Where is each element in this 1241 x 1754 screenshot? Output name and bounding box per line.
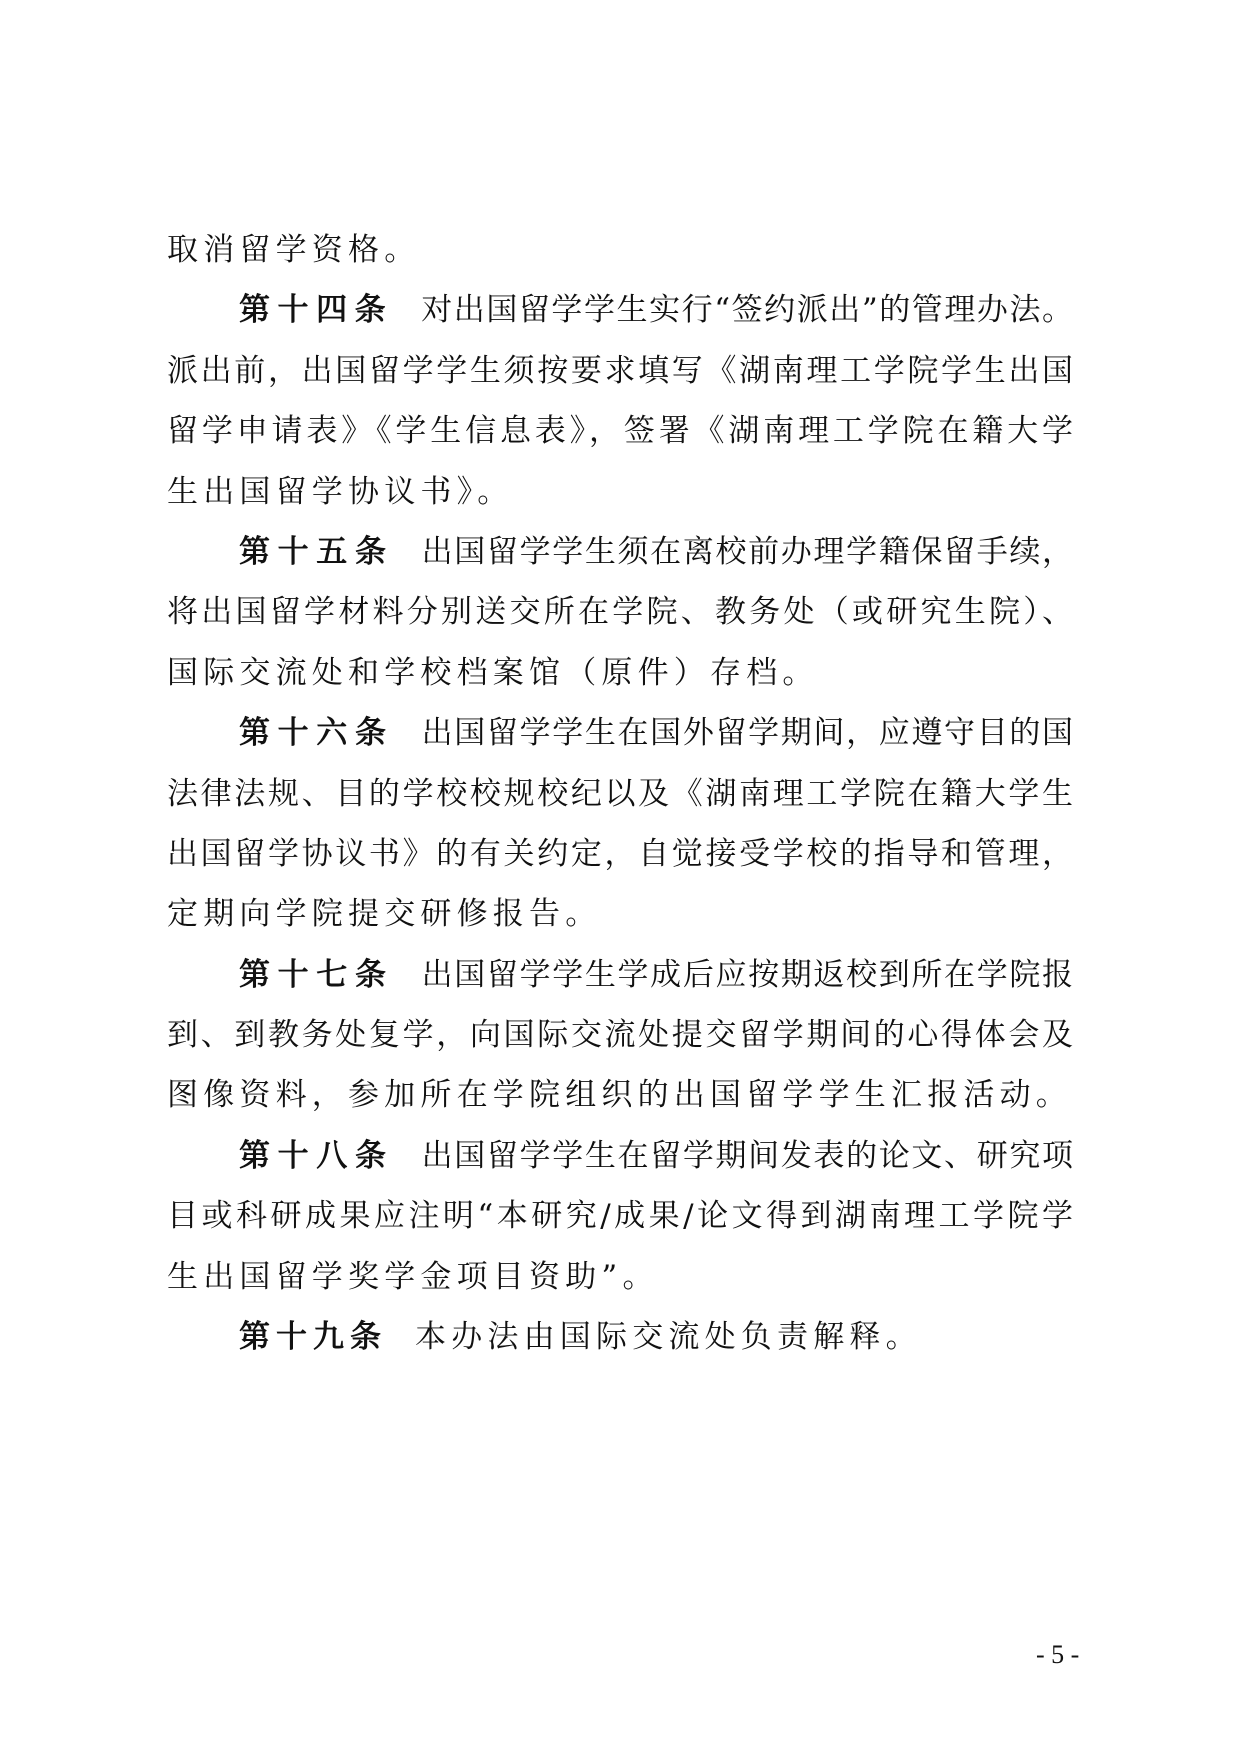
paragraph-text: 国际交流处和学校档案馆（原件）存档。 xyxy=(167,655,819,691)
article-number: 第十九条 xyxy=(239,1319,387,1355)
article-number: 第十四条 xyxy=(239,292,393,328)
paragraph-text: 派出前，出国留学学生须按要求填写《湖南理工学院学生出国 xyxy=(167,353,1073,389)
paragraph-text: 生出国留学协议书》。 xyxy=(167,474,514,510)
paragraph-text: 将出国留学材料分别送交所在学院、教务处（或研究生院）、 xyxy=(167,594,1073,630)
paragraph-text: 留学申请表》《学生信息表》，签署《湖南理工学院在籍大学 xyxy=(167,413,1073,449)
paragraph-text: 本办法由国际交流处负责解释。 xyxy=(415,1319,922,1355)
paragraph-text: 到、到教务处复学，向国际交流处提交留学期间的心得体会及 xyxy=(167,1017,1073,1053)
article-line: 第十六条出国留学学生在国外留学期间，应遵守目的国 xyxy=(167,703,1073,763)
text-line: 出国留学协议书》的有关约定，自觉接受学校的指导和管理， xyxy=(167,824,1073,884)
paragraph-text: 定期向学院提交研修报告。 xyxy=(167,896,601,932)
text-line: 取消留学资格。 xyxy=(167,220,1073,280)
text-line: 留学申请表》《学生信息表》，签署《湖南理工学院在籍大学 xyxy=(167,401,1073,461)
paragraph-text: 出国留学学生学成后应按期返校到所在学院报 xyxy=(422,957,1073,993)
text-line: 定期向学院提交研修报告。 xyxy=(167,884,1073,944)
article-line: 第十七条出国留学学生学成后应按期返校到所在学院报 xyxy=(167,945,1073,1005)
text-line: 法律法规、目的学校校规校纪以及《湖南理工学院在籍大学生 xyxy=(167,764,1073,824)
paragraph-text: 对出国留学学生实行“签约派出”的管理办法。 xyxy=(421,292,1073,328)
text-line: 目或科研成果应注明“本研究/成果/论文得到湖南理工学院学 xyxy=(167,1186,1073,1246)
paragraph-text: 目或科研成果应注明“本研究/成果/论文得到湖南理工学院学 xyxy=(167,1198,1073,1234)
article-line: 第十四条对出国留学学生实行“签约派出”的管理办法。 xyxy=(167,280,1073,340)
text-line: 生出国留学奖学金项目资助”。 xyxy=(167,1247,1073,1307)
text-line: 将出国留学材料分别送交所在学院、教务处（或研究生院）、 xyxy=(167,582,1073,642)
article-number: 第十七条 xyxy=(239,957,394,993)
document-body: 取消留学资格。第十四条对出国留学学生实行“签约派出”的管理办法。派出前，出国留学… xyxy=(167,220,1073,1367)
text-line: 派出前，出国留学学生须按要求填写《湖南理工学院学生出国 xyxy=(167,341,1073,401)
paragraph-text: 图像资料，参加所在学院组织的出国留学学生汇报活动。 xyxy=(167,1077,1072,1113)
paragraph-text: 出国留学学生在留学期间发表的论文、研究项 xyxy=(422,1138,1073,1174)
paragraph-text: 生出国留学奖学金项目资助”。 xyxy=(167,1259,659,1295)
article-number: 第十八条 xyxy=(239,1138,394,1174)
text-line: 生出国留学协议书》。 xyxy=(167,462,1073,522)
article-line: 第十五条出国留学学生须在离校前办理学籍保留手续， xyxy=(167,522,1073,582)
paragraph-text: 取消留学资格。 xyxy=(167,232,420,268)
page-number: - 5 - xyxy=(1036,1640,1079,1670)
article-number: 第十五条 xyxy=(239,534,394,570)
text-line: 国际交流处和学校档案馆（原件）存档。 xyxy=(167,643,1073,703)
article-line: 第十八条出国留学学生在留学期间发表的论文、研究项 xyxy=(167,1126,1073,1186)
paragraph-text: 出国留学学生须在离校前办理学籍保留手续， xyxy=(422,534,1073,570)
paragraph-text: 法律法规、目的学校校规校纪以及《湖南理工学院在籍大学生 xyxy=(167,776,1073,812)
text-line: 到、到教务处复学，向国际交流处提交留学期间的心得体会及 xyxy=(167,1005,1073,1065)
paragraph-text: 出国留学学生在国外留学期间，应遵守目的国 xyxy=(422,715,1073,751)
text-line: 图像资料，参加所在学院组织的出国留学学生汇报活动。 xyxy=(167,1065,1073,1125)
paragraph-text: 出国留学协议书》的有关约定，自觉接受学校的指导和管理， xyxy=(167,836,1073,872)
article-line: 第十九条本办法由国际交流处负责解释。 xyxy=(167,1307,1073,1367)
article-number: 第十六条 xyxy=(239,715,394,751)
